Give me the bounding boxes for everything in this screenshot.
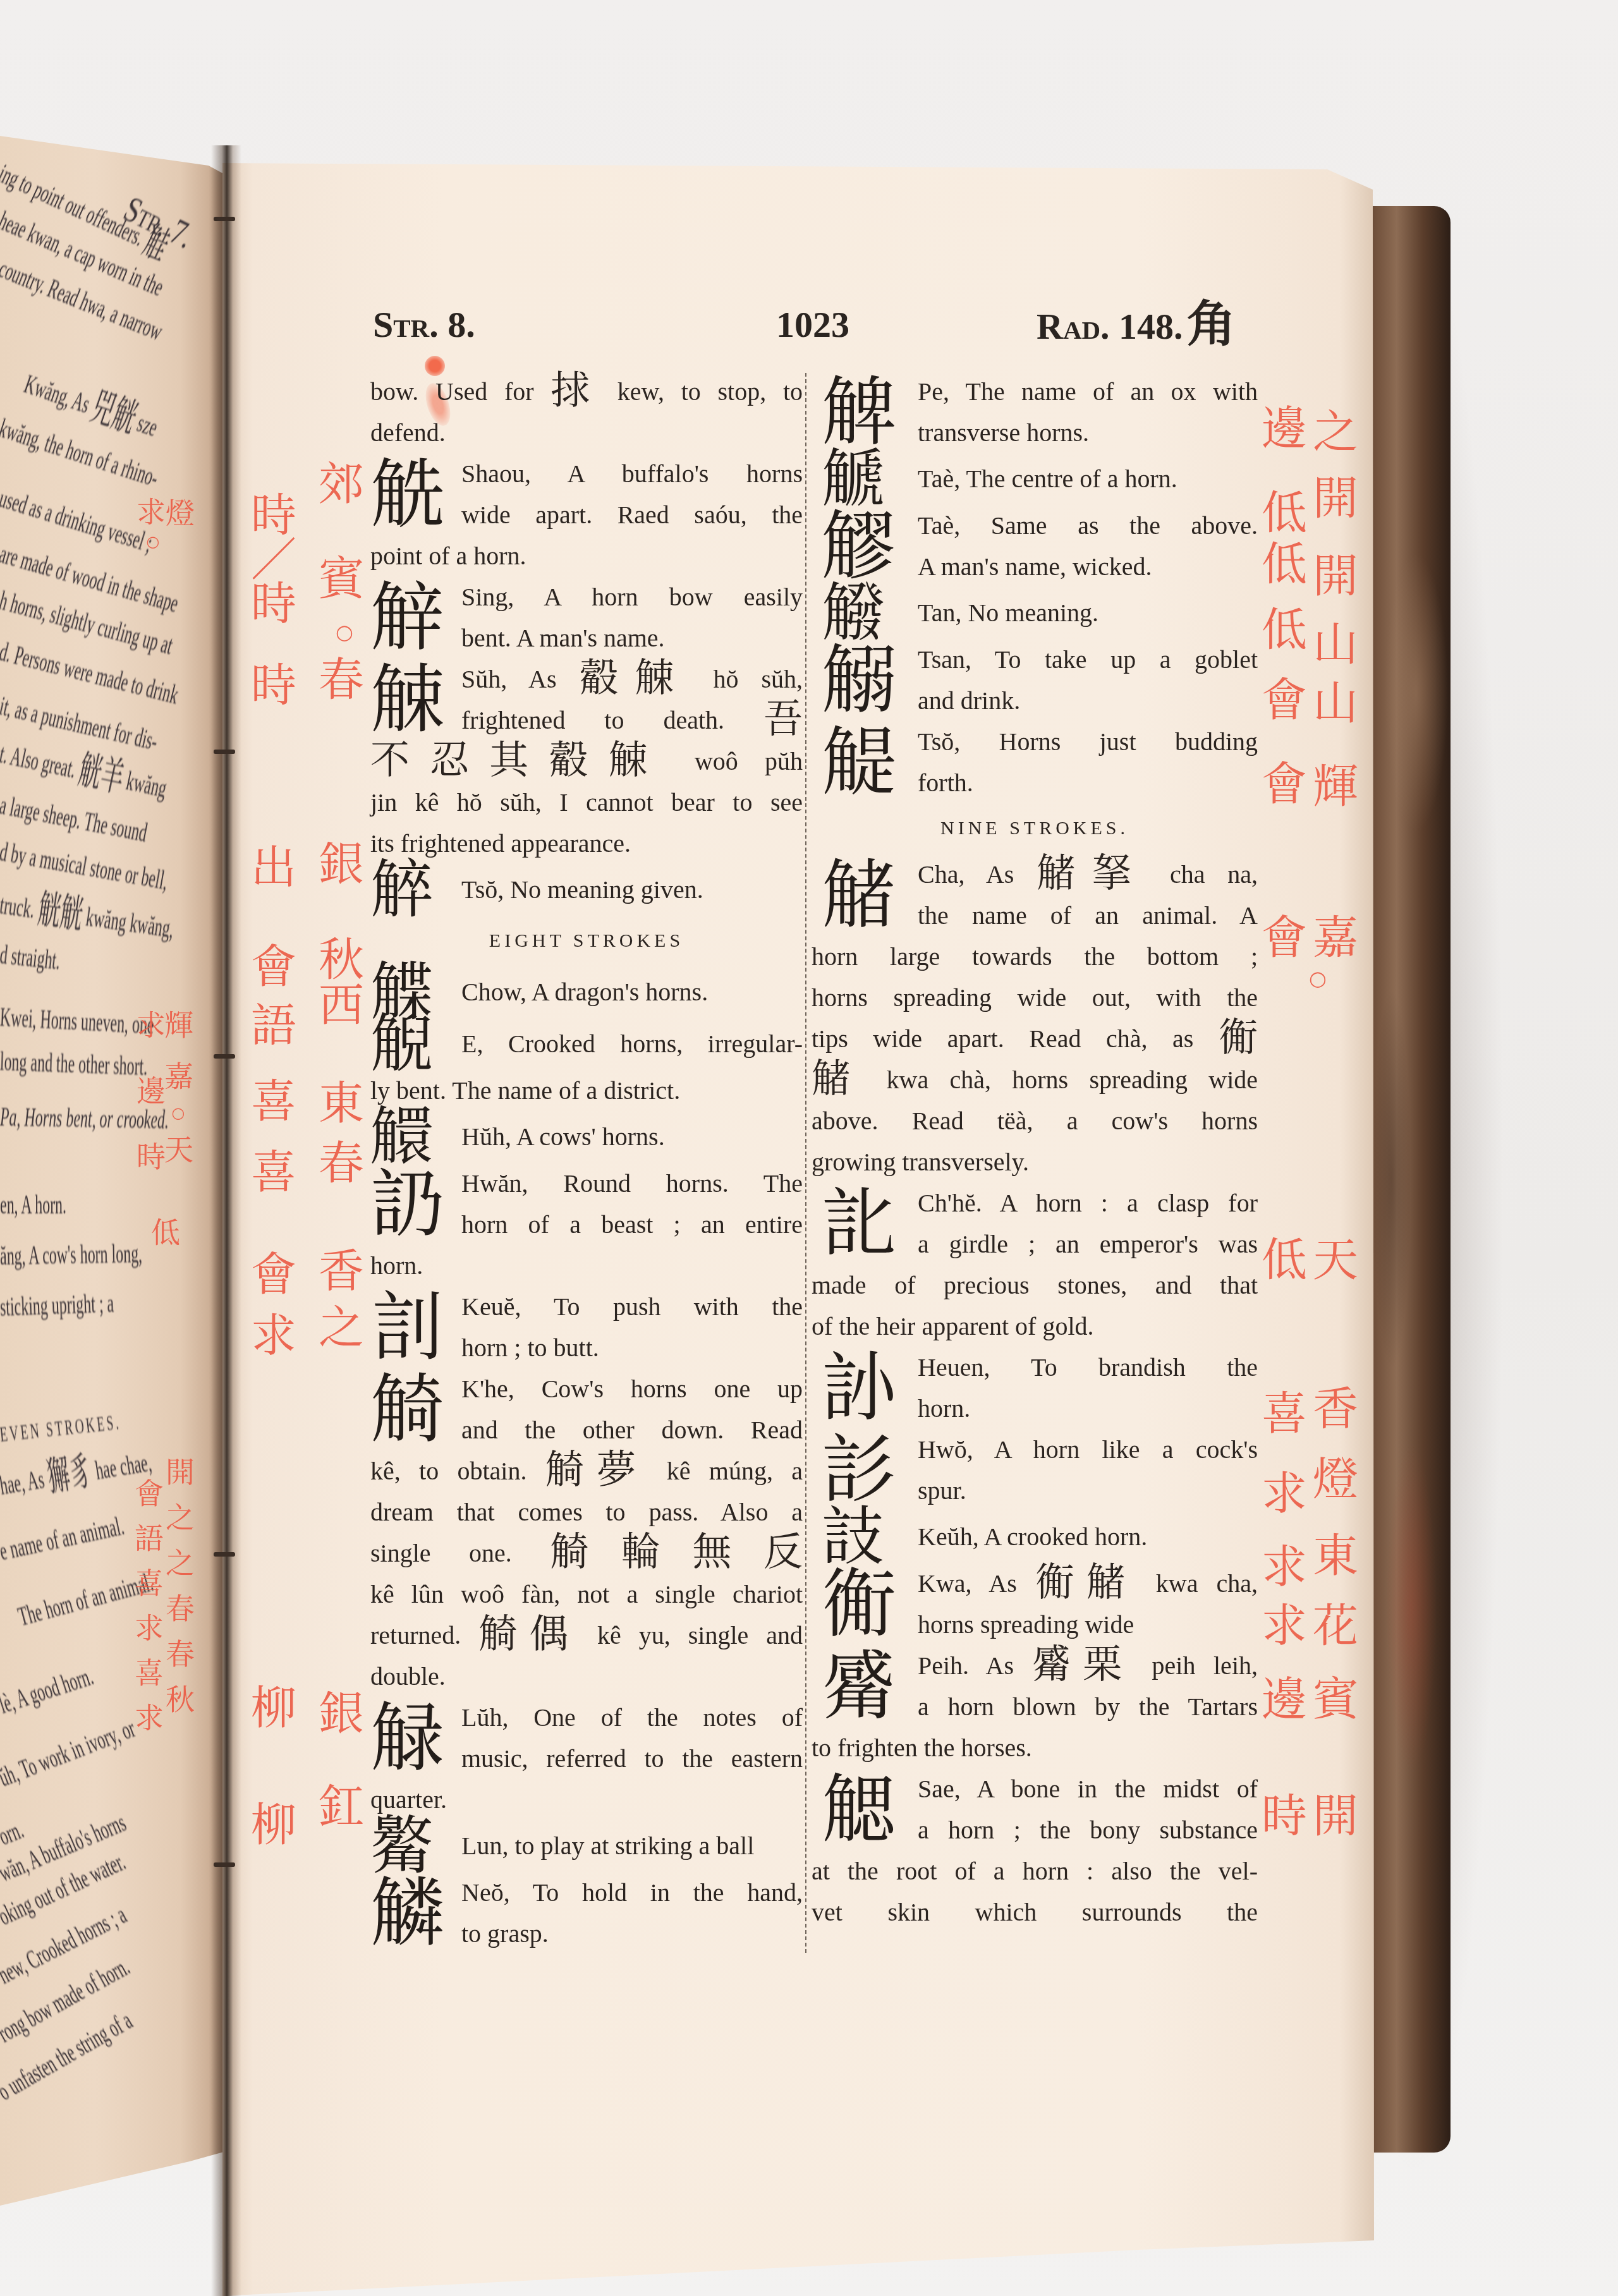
right-text-column: 䚜Pe, The name of an ox withtransverse ho… — [812, 371, 1258, 1933]
entry-line: Neŏ, To hold in the hand, — [461, 1872, 803, 1913]
annotation-char: 喜 — [133, 1567, 165, 1599]
annotation-char: 春 — [317, 655, 365, 703]
annotation-char: 花 — [1311, 1601, 1359, 1649]
inline-chinese-character: 䚘 — [1219, 1014, 1258, 1060]
entry-line: Lŭh, One of the notes of — [461, 1697, 803, 1738]
entry-line: of the heir apparent of gold. — [812, 1306, 1258, 1347]
entry-line: 觰 kwa chà, horns spreading wide — [812, 1059, 1258, 1100]
entry-line: at the root of a horn : also the vel- — [812, 1850, 1258, 1892]
facing-page-line: hae, As 獬豸 hae chae, — [0, 1449, 153, 1499]
annotation-char: 秋 — [317, 935, 365, 983]
dictionary-entry: 䚲Hwŏ, A horn like a cock'sspur. — [812, 1429, 1258, 1511]
entry-definition: Neŏ, To hold in the hand,to grasp. — [461, 1872, 803, 1954]
entry-head-row: 觪Sing, A horn bow easilybent. A man's na… — [370, 576, 803, 659]
dictionary-entry: 䚳Keŭh, A crooked horn. — [812, 1511, 1258, 1563]
facing-page-line: ăng, A cow's horn long, — [0, 1241, 142, 1270]
entry-definition: Peih. As 觱栗 peih leih,a horn blown by th… — [918, 1645, 1258, 1727]
inline-chinese-character: 輪 — [621, 1529, 693, 1575]
entry-line: single one. 觭輪無反 — [370, 1533, 803, 1574]
annotation-char: 語 — [250, 1001, 298, 1049]
entry-definition: Pe, The name of an ox withtransverse hor… — [918, 371, 1258, 453]
inline-chinese-character: 觰 — [812, 1055, 865, 1102]
head-character: 䚱 — [812, 1347, 918, 1429]
entry-definition: Ch'hĕ. A horn : a clasp fora girdle ; an… — [918, 1182, 1258, 1265]
annotation-char: 求 — [135, 496, 167, 528]
entry-line: Tsŏ, Horns just budding — [918, 721, 1258, 762]
facing-page-line: en, A horn. — [0, 1192, 66, 1218]
entry-line: horns spreading wide — [918, 1604, 1258, 1645]
dictionary-entry: 觮Lŭh, One of the notes ofmusic, referred… — [370, 1697, 803, 1820]
entry-line: frightened to death. 吾 — [461, 700, 803, 741]
entry-line: Tsŏ, No meaning given. — [461, 864, 803, 916]
entry-head-row: 䚡Sae, A bone in the midst ofa horn ; the… — [812, 1768, 1258, 1850]
dictionary-entry: 觭K'he, Cow's horns one upand the other d… — [370, 1368, 803, 1697]
head-character: 䚥 — [812, 639, 918, 721]
dictionary-entry: 䚬Neŏ, To hold in the hand,to grasp. — [370, 1872, 803, 1954]
annotation-char: 喜 — [133, 1657, 165, 1689]
radical-number: Rad. 148. — [1037, 306, 1183, 347]
inline-chinese-character: 觭 — [478, 1611, 529, 1657]
entry-head-row: 䚜Pe, The name of an ox withtransverse ho… — [812, 371, 1258, 453]
entry-line: kê, to obtain. 觭夢 kê múng, a — [370, 1450, 803, 1491]
facing-page-line: Pa, Horns bent, or crooked. — [0, 1104, 169, 1134]
annotation-char: 秋 — [164, 1684, 196, 1715]
head-character: 䚯 — [370, 1286, 461, 1368]
entry-line: bent. A man's name. — [461, 617, 803, 659]
facing-page-line: long and the other short. — [0, 1048, 148, 1080]
entry-line: Hwŏ, A horn like a cock's — [918, 1429, 1258, 1470]
annotation-char: 低 — [1260, 540, 1308, 588]
head-character: 䚲 — [812, 1429, 918, 1511]
annotation-char: 釭 — [317, 1782, 365, 1830]
annotation-char: 喜 — [250, 1148, 298, 1196]
entry-head-row: 觮Lŭh, One of the notes ofmusic, referred… — [370, 1697, 803, 1779]
entry-line: Kwa, As 䚘觰 kwa cha, — [918, 1563, 1258, 1604]
entry-head-row: 䚥Tsan, To take up a gobletand drink. — [812, 639, 1258, 721]
entry-line: wide apart. Raed saóu, the — [461, 494, 803, 535]
entry-head-row: 䚲Hwŏ, A horn like a cock'sspur. — [812, 1429, 1258, 1511]
annotation-char: 銀 — [317, 1689, 365, 1737]
annotation-char: 求 — [133, 1702, 165, 1734]
dictionary-entry: 觰Cha, As 觰拏 cha na,the name of an animal… — [812, 854, 1258, 1182]
facing-page-section-heading: EVEN STROKES. — [0, 1409, 122, 1449]
entry-head-row: 䚝Tsŏ, No meaning given. — [370, 864, 803, 916]
annotation-char: 春 — [164, 1638, 196, 1670]
entry-line: 不忍其觳觫 woô pŭh — [370, 741, 803, 782]
entry-definition: Sŭh, As 觳觫 hŏ sŭh,frightened to death. 吾 — [461, 659, 803, 741]
entry-line: K'he, Cow's horns one up — [461, 1368, 803, 1409]
entry-definition: Tsŏ, No meaning given. — [461, 864, 803, 916]
inline-chinese-character: 栗 — [1083, 1641, 1134, 1687]
annotation-char: 嘉 — [163, 1060, 195, 1092]
entry-line: ly bent. The name of a district. — [370, 1070, 803, 1111]
entry-definition: Sae, A bone in the midst ofa horn ; the … — [918, 1768, 1258, 1850]
head-character: 䚫 — [370, 1820, 461, 1872]
entry-line: transverse horns. — [918, 412, 1258, 453]
annotation-char: 會 — [1260, 676, 1308, 724]
entry-line: the name of an animal. A — [918, 895, 1258, 936]
entry-definition: Cha, As 觰拏 cha na,the name of an animal.… — [918, 854, 1258, 936]
entry-definition: E, Crooked horns, irregular- — [461, 1018, 803, 1070]
left-text-column: bow. Used for 捄 kew, to stop, todefend.䚚… — [370, 371, 803, 1954]
inline-chinese-character: 觰 — [1086, 1559, 1138, 1605]
annotation-char: 時 — [250, 491, 298, 539]
entry-line: quarter. — [370, 1779, 803, 1820]
entry-definition: Heuen, To brandish thehorn. — [918, 1347, 1258, 1429]
entry-line: point of a horn. — [370, 535, 803, 576]
head-character: 觭 — [370, 1368, 461, 1450]
binding-stitch — [214, 217, 235, 221]
inline-chinese-character: 無 — [692, 1529, 763, 1575]
facing-page-line: e name of an animal. — [0, 1513, 126, 1565]
entry-head-row: 觫Sŭh, As 觳觫 hŏ sŭh,frightened to death. … — [370, 659, 803, 741]
entry-definition: Tsan, To take up a gobletand drink. — [918, 639, 1258, 721]
entry-line: horns spreading wide out, with the — [812, 977, 1258, 1018]
annotation-char: 低 — [1260, 605, 1308, 653]
dictionary-entry: 䚮Hwăn, Round horns. Thehorn of a beast ;… — [370, 1163, 803, 1286]
entry-definition: Hŭh, A cows' horns. — [461, 1111, 803, 1163]
entry-head-row: 䚯Keuĕ, To push with thehorn ; to butt. — [370, 1286, 803, 1368]
annotation-char: 求 — [250, 1311, 298, 1359]
section-heading: EIGHT STROKES — [370, 916, 803, 966]
entry-line: growing transversely. — [812, 1141, 1258, 1182]
dictionary-entry: 觬E, Crooked horns, irregular-ly bent. Th… — [370, 1018, 803, 1111]
head-character: 䚝 — [370, 864, 461, 916]
annotation-char: 東 — [1311, 1531, 1359, 1579]
annotation-char: 會 — [1260, 913, 1308, 961]
entry-line: above. Read tëà, a cow's horns — [812, 1100, 1258, 1141]
annotation-char: 邊 — [135, 1075, 167, 1107]
head-character: 䚚 — [370, 453, 461, 535]
head-character: 䚣 — [812, 721, 918, 803]
annotation-char: 燈 — [164, 497, 196, 529]
annotation-char: 低 — [1260, 1236, 1308, 1284]
entry-definition: Taè, Same as the above.A man's name, wic… — [918, 505, 1258, 587]
entry-definition: Hwŏ, A horn like a cock'sspur. — [918, 1429, 1258, 1511]
annotation-char: 之 — [317, 1303, 365, 1351]
entry-head-row: 䚦Taè, The centre of a horn. — [812, 453, 1258, 505]
entry-line: defend. — [370, 412, 803, 453]
entry-line: Ch'hĕ. A horn : a clasp for — [918, 1182, 1258, 1224]
annotation-char: 輝 — [1311, 762, 1359, 810]
entry-head-row: 䚧Taè, Same as the above.A man's name, wi… — [812, 505, 1258, 587]
entry-definition: Taè, The centre of a horn. — [918, 453, 1258, 505]
entry-line: Heuen, To brandish the — [918, 1347, 1258, 1388]
annotation-char: 會 — [250, 942, 298, 990]
entry-head-row: 䚘Kwa, As 䚘觰 kwa cha,horns spreading wide — [812, 1563, 1258, 1645]
dictionary-entry: 䚣Tsŏ, Horns just buddingforth. — [812, 721, 1258, 803]
entry-line: Keŭh, A crooked horn. — [918, 1511, 1258, 1563]
inline-chinese-character: 觳 — [549, 737, 608, 783]
entry-line: Taè, Same as the above. — [918, 505, 1258, 546]
annotation-char: 之 — [164, 1502, 196, 1533]
annotation-char: 求 — [1260, 1543, 1308, 1591]
entry-definition: Hwăn, Round horns. Thehorn of a beast ; … — [461, 1163, 803, 1245]
entry-line: Hŭh, A cows' horns. — [461, 1111, 803, 1163]
inline-chinese-character: 觰 — [1037, 850, 1092, 896]
facing-page: Str. 7. ing to point out offenders. 觟 he… — [0, 0, 240, 2296]
entry-line: and drink. — [918, 680, 1258, 721]
binding-stitch — [214, 1054, 235, 1059]
entry-line: dream that comes to pass. Also a — [370, 1491, 803, 1533]
radical-label: Rad. 148.角 — [1037, 303, 1236, 349]
annotation-circle-mark: ○ — [144, 533, 162, 550]
entry-line: bow. Used for 捄 kew, to stop, to — [370, 371, 803, 412]
entry-line: forth. — [918, 762, 1258, 803]
dictionary-entry: 䚯Keuĕ, To push with thehorn ; to butt. — [370, 1286, 803, 1368]
dictionary-entry: 䚜Pe, The name of an ox withtransverse ho… — [812, 371, 1258, 453]
annotation-char: 求 — [135, 1009, 167, 1041]
dictionary-entry: 䚢Chow, A dragon's horns. — [370, 966, 803, 1018]
annotation-char: 銀 — [317, 840, 365, 888]
entry-line: spur. — [918, 1470, 1258, 1511]
inline-chinese-character: 其 — [489, 737, 549, 783]
annotation-char: 之 — [164, 1547, 196, 1579]
inline-chinese-character: 觳 — [579, 655, 635, 701]
annotation-char: 會 — [1260, 760, 1308, 808]
annotation-char: 輝 — [163, 1009, 195, 1041]
dictionary-entry: 觫Sŭh, As 觳觫 hŏ sŭh,frightened to death. … — [370, 659, 803, 864]
entry-line: its frightened appearance. — [370, 823, 803, 864]
binding-stitch — [214, 1552, 235, 1557]
annotation-char: 時 — [1260, 1792, 1308, 1840]
inline-chinese-character: 反 — [763, 1529, 803, 1575]
dictionary-entry: 䚦Taè, The centre of a horn. — [812, 453, 1258, 505]
head-character: 䚨 — [812, 587, 918, 639]
annotation-char: 天 — [163, 1134, 195, 1165]
entry-definition: Lun, to play at striking a ball — [461, 1820, 803, 1872]
annotation-circle-mark: ○ — [169, 1104, 187, 1122]
entry-definition: Chow, A dragon's horns. — [461, 966, 803, 1018]
head-character: 䚧 — [812, 505, 918, 587]
annotation-char: 會 — [250, 1250, 298, 1298]
head-character: 觮 — [370, 1697, 461, 1779]
entry-line: to frighten the horses. — [812, 1727, 1258, 1768]
head-character: 䚳 — [812, 1511, 918, 1563]
entry-head-row: 䚬Neŏ, To hold in the hand,to grasp. — [370, 1872, 803, 1954]
annotation-char: 嘉 — [1311, 913, 1359, 961]
entry-line: a horn ; the bony substance — [918, 1809, 1258, 1850]
dictionary-entry: 䚡Sae, A bone in the midst ofa horn ; the… — [812, 1768, 1258, 1933]
inline-chinese-character: 夢 — [597, 1447, 648, 1493]
binding-stitch — [214, 1862, 235, 1867]
dictionary-entry: 䚘Kwa, As 䚘觰 kwa cha,horns spreading wide — [812, 1563, 1258, 1645]
dictionary-entry: 䚥Tsan, To take up a gobletand drink. — [812, 639, 1258, 721]
entry-line: double. — [370, 1656, 803, 1697]
entry-head-row: 觰Cha, As 觰拏 cha na,the name of an animal… — [812, 854, 1258, 936]
annotation-char: 郊 — [317, 459, 365, 507]
annotation-char: 求 — [1260, 1469, 1308, 1517]
inline-chinese-character: 捄 — [550, 367, 600, 413]
entry-line: a horn blown by the Tartars — [918, 1686, 1258, 1727]
head-character: 觱 — [812, 1645, 918, 1727]
entry-line: Chow, A dragon's horns. — [461, 966, 803, 1018]
annotation-char: 會 — [133, 1478, 165, 1509]
entry-head-row: 觭K'he, Cow's horns one upand the other d… — [370, 1368, 803, 1450]
head-character: 䚪 — [370, 1111, 461, 1163]
annotation-char: 山 — [1311, 679, 1359, 727]
column-divider-rule — [805, 373, 806, 1953]
annotation-char: 賓 — [1311, 1675, 1359, 1723]
inline-chinese-character: 偶 — [529, 1611, 580, 1657]
facing-page-line: lè, A good horn. — [0, 1663, 97, 1718]
entry-line: Sae, A bone in the midst of — [918, 1768, 1258, 1809]
facing-page-line: sticking upright ; a — [0, 1291, 114, 1321]
annotation-char: 開 — [1311, 552, 1359, 600]
entry-line: horn large towards the bottom ; — [812, 936, 1258, 977]
entry-line: horn. — [918, 1388, 1258, 1429]
annotation-circle-mark: ○ — [333, 621, 356, 643]
annotation-char: 香 — [1311, 1385, 1359, 1433]
entry-definition: Keuĕ, To push with thehorn ; to butt. — [461, 1286, 803, 1368]
head-character: 䚬 — [370, 1872, 461, 1954]
annotation-char: 西 — [317, 981, 365, 1029]
entry-line: Peih. As 觱栗 peih leih, — [918, 1645, 1258, 1686]
annotation-char: 香 — [317, 1247, 365, 1295]
entry-head-row: 䚮Hwăn, Round horns. Thehorn of a beast ;… — [370, 1163, 803, 1245]
entry-line: E, Crooked horns, irregular- — [461, 1018, 803, 1070]
dictionary-entry: 觪Sing, A horn bow easilybent. A man's na… — [370, 576, 803, 659]
annotation-circle-mark: ○ — [1306, 967, 1329, 990]
facing-page-line: ŭh, To work in ivory, or — [0, 1715, 139, 1792]
annotation-char: 語 — [133, 1522, 165, 1554]
entry-head-row: 䚢Chow, A dragon's horns. — [370, 966, 803, 1018]
annotation-char: 春 — [164, 1593, 196, 1624]
inline-chinese-character: 拏 — [1092, 850, 1148, 896]
annotation-char: 低 — [150, 1217, 181, 1248]
entry-line: horn ; to butt. — [461, 1327, 803, 1368]
entry-head-row: 䚨Tan, No meaning. — [812, 587, 1258, 639]
continued-text: bow. Used for 捄 kew, to stop, todefend. — [370, 371, 803, 453]
annotation-char: 之 — [1311, 408, 1359, 456]
entry-definition: Lŭh, One of the notes ofmusic, referred … — [461, 1697, 803, 1779]
head-character: 䚮 — [370, 1163, 461, 1245]
dictionary-entry: 䚰Ch'hĕ. A horn : a clasp fora girdle ; a… — [812, 1182, 1258, 1347]
entry-definition: Tsŏ, Horns just buddingforth. — [918, 721, 1258, 803]
entry-head-row: 䚚Shaou, A buffalo's hornswide apart. Rae… — [370, 453, 803, 535]
annotation-char: 低 — [1260, 489, 1308, 537]
entry-line: Tsan, To take up a goblet — [918, 639, 1258, 680]
annotation-char: 柳 — [250, 1684, 298, 1732]
annotation-char: 邊 — [1260, 1675, 1308, 1723]
annotation-char: 山 — [1311, 620, 1359, 668]
head-character: 觬 — [370, 1018, 461, 1070]
annotation-char: 賓 — [317, 554, 365, 602]
entry-line: tips wide apart. Read chà, as 䚘 — [812, 1018, 1258, 1059]
annotation-char: 邊 — [1260, 404, 1308, 452]
entry-definition: Tan, No meaning. — [918, 587, 1258, 639]
inline-chinese-character: 忍 — [430, 737, 489, 783]
entry-line: horn of a beast ; an entire — [461, 1204, 803, 1245]
dictionary-entry: 䚨Tan, No meaning. — [812, 587, 1258, 639]
entry-line: Sing, A horn bow easily — [461, 576, 803, 617]
inline-chinese-character: 不 — [370, 737, 430, 783]
entry-line: Shaou, A buffalo's horns — [461, 453, 803, 494]
annotation-char: 時 — [250, 661, 298, 709]
dictionary-entry: 䚫Lun, to play at striking a ball — [370, 1820, 803, 1872]
annotation-char: 喜 — [250, 1077, 298, 1125]
inline-chinese-character: 觭 — [545, 1447, 597, 1493]
annotation-char: 開 — [1311, 1792, 1359, 1840]
entry-line: Pe, The name of an ox with — [918, 371, 1258, 412]
entry-definition: Keŭh, A crooked horn. — [918, 1511, 1258, 1563]
facing-page-line: orn. — [0, 1816, 27, 1850]
entry-head-row: 觱Peih. As 觱栗 peih leih,a horn blown by t… — [812, 1645, 1258, 1727]
annotation-char: 喜 — [1260, 1389, 1308, 1437]
entry-head-row: 䚳Keŭh, A crooked horn. — [812, 1511, 1258, 1563]
entry-line: to grasp. — [461, 1913, 803, 1954]
head-character: 䚦 — [812, 453, 918, 505]
annotation-char: 開 — [1311, 474, 1359, 522]
head-character: 䚰 — [812, 1182, 918, 1265]
entry-line: jin kê hŏ sŭh, I cannot bear to see — [370, 782, 803, 823]
section-heading: NINE STROKES. — [812, 803, 1258, 854]
facing-page-line: a large sheep. The sound — [0, 792, 149, 846]
entry-line: Taè, The centre of a horn. — [918, 453, 1258, 505]
radical-character: 角 — [1187, 296, 1236, 353]
annotation-char: 時 — [250, 580, 298, 628]
facing-page-line: d straight. — [0, 942, 61, 975]
annotation-char: 燈 — [1311, 1455, 1359, 1503]
head-character: 觫 — [370, 659, 461, 741]
dictionary-entry: 䚚Shaou, A buffalo's hornswide apart. Rae… — [370, 453, 803, 576]
book-gutter — [211, 145, 241, 2296]
head-character: 觪 — [370, 576, 461, 659]
entry-definition: Kwa, As 䚘觰 kwa cha,horns spreading wide — [918, 1563, 1258, 1645]
dictionary-entry: 䚧Taè, Same as the above.A man's name, wi… — [812, 505, 1258, 587]
facing-page-line: d by a musical stone or bell, — [0, 839, 170, 894]
entry-line: horn. — [370, 1245, 803, 1286]
dictionary-entry: 觱Peih. As 觱栗 peih leih,a horn blown by t… — [812, 1645, 1258, 1768]
entry-head-row: 䚰Ch'hĕ. A horn : a clasp fora girdle ; a… — [812, 1182, 1258, 1265]
entry-line: made of precious stones, and that — [812, 1265, 1258, 1306]
entry-line: returned. 觭偶 kê yu, single and — [370, 1615, 803, 1656]
inline-chinese-character: 觫 — [635, 655, 690, 701]
dictionary-entry: 䚝Tsŏ, No meaning given. — [370, 864, 803, 916]
entry-head-row: 䚣Tsŏ, Horns just buddingforth. — [812, 721, 1258, 803]
stroke-count-label: Str. 8. — [373, 303, 475, 347]
entry-definition: Sing, A horn bow easilybent. A man's nam… — [461, 576, 803, 659]
entry-head-row: 䚱Heuen, To brandish thehorn. — [812, 1347, 1258, 1429]
annotation-char: 東 — [317, 1079, 365, 1127]
annotation-char: 柳 — [250, 1801, 298, 1849]
annotation-char: 求 — [1260, 1601, 1308, 1649]
entry-line: kê lûn woô fàn, not a single chariot — [370, 1574, 803, 1615]
entry-line: music, referred to the eastern — [461, 1738, 803, 1779]
annotation-char: 春 — [317, 1139, 365, 1187]
annotation-char: 求 — [133, 1612, 165, 1644]
entry-line: vet skin which surrounds the — [812, 1892, 1258, 1933]
entry-head-row: 䚫Lun, to play at striking a ball — [370, 1820, 803, 1872]
entry-line: a girdle ; an emperor's was — [918, 1224, 1258, 1265]
binding-stitch — [214, 750, 235, 754]
entry-definition: K'he, Cow's horns one upand the other do… — [461, 1368, 803, 1450]
inline-chinese-character: 吾 — [763, 696, 803, 742]
inline-chinese-character: 觫 — [609, 737, 668, 783]
page-number: 1023 — [776, 303, 849, 347]
head-character: 䚜 — [812, 371, 918, 453]
facing-page-line: truck. 觥觥 kwăng kwăng, — [0, 892, 176, 942]
facing-page-line: Kwei, Horns uneven, one — [0, 1004, 155, 1039]
annotation-char: 出 — [250, 843, 298, 891]
entry-line: Hwăn, Round horns. The — [461, 1163, 803, 1204]
entry-line: Lun, to play at striking a ball — [461, 1820, 803, 1872]
entry-line: Tan, No meaning. — [918, 587, 1258, 639]
annotation-slash-mark: ／ — [250, 535, 298, 583]
entry-head-row: 䚪Hŭh, A cows' horns. — [370, 1111, 803, 1163]
entry-line: A man's name, wicked. — [918, 546, 1258, 587]
entry-definition: Shaou, A buffalo's hornswide apart. Raed… — [461, 453, 803, 535]
